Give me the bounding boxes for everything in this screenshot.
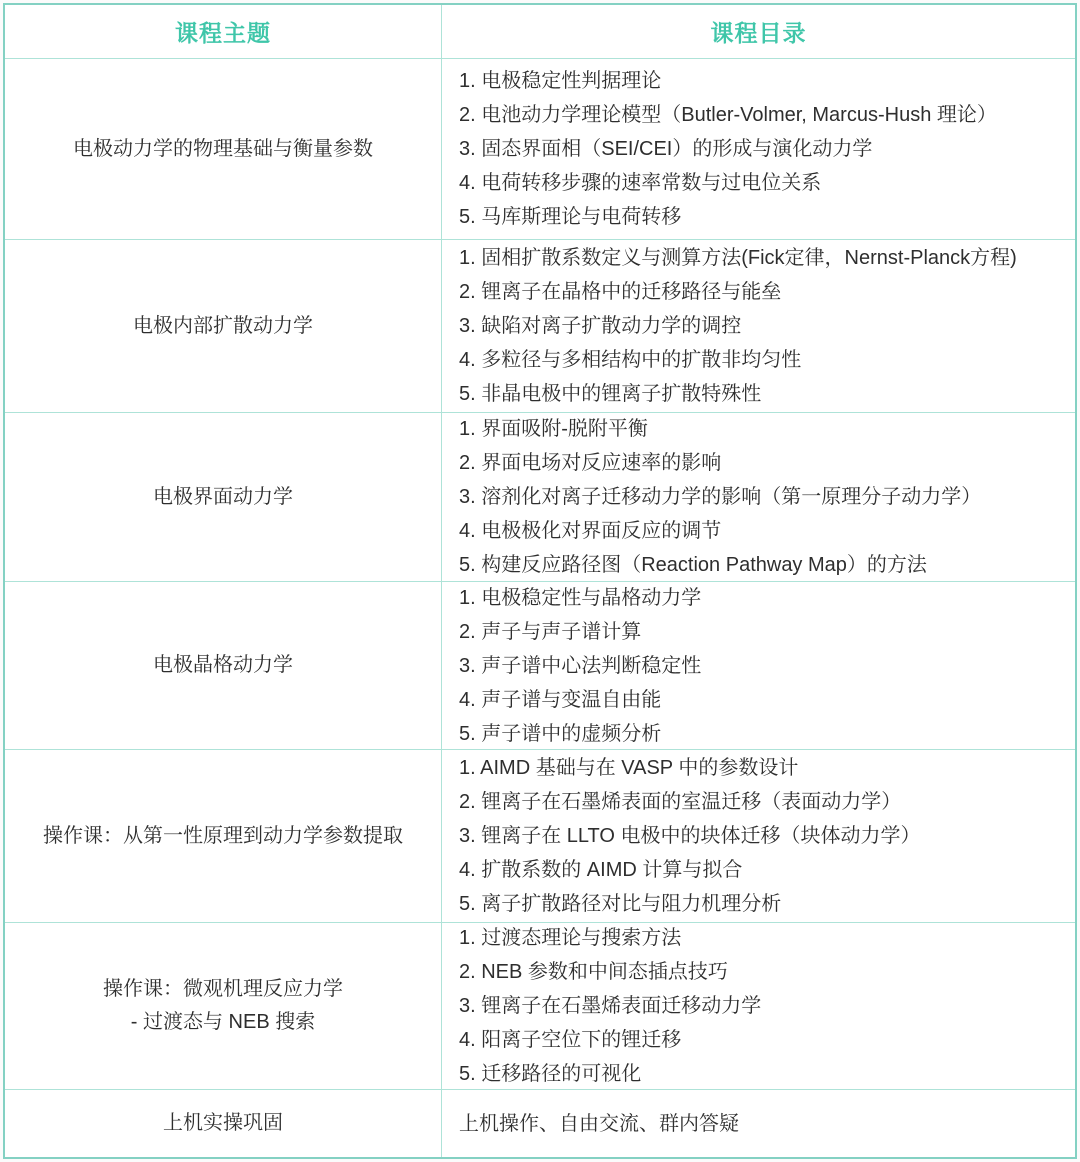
catalog-item: 4. 阳离子空位下的锂迁移 <box>459 1023 1067 1057</box>
topic-cell: 电极内部扩散动力学 <box>5 240 442 412</box>
topic-cell: 电极晶格动力学 <box>5 582 442 749</box>
table-row: 电极晶格动力学 1. 电极稳定性与晶格动力学 2. 声子与声子谱计算 3. 声子… <box>5 581 1075 749</box>
header-topic-label: 课程主题 <box>175 15 271 48</box>
catalog-item: 4. 电极极化对界面反应的调节 <box>459 514 1067 548</box>
catalog-item: 1. 界面吸附-脱附平衡 <box>459 412 1067 446</box>
topic-text: 上机实操巩固 <box>163 1107 283 1140</box>
header-catalog-cell: 课程目录 <box>442 5 1075 58</box>
table-row: 操作课：从第一性原理到动力学参数提取 1. AIMD 基础与在 VASP 中的参… <box>5 749 1075 922</box>
topic-line: 电极动力学的物理基础与衡量参数 <box>73 133 373 166</box>
table-row: 上机实操巩固 上机操作、自由交流、群内答疑 <box>5 1089 1075 1157</box>
page-frame: 课程主题 课程目录 电极动力学的物理基础与衡量参数 1. 电极稳定性判据理论 2… <box>0 0 1080 1162</box>
table-row: 电极动力学的物理基础与衡量参数 1. 电极稳定性判据理论 2. 电池动力学理论模… <box>5 58 1075 239</box>
catalog-item: 5. 构建反应路径图（Reaction Pathway Map）的方法 <box>459 548 1067 582</box>
topic-line: 操作课：从第一性原理到动力学参数提取 <box>43 820 403 853</box>
catalog-item: 2. 锂离子在晶格中的迁移路径与能垒 <box>459 275 1067 309</box>
topic-cell: 电极界面动力学 <box>5 413 442 581</box>
catalog-item: 3. 声子谱中心法判断稳定性 <box>459 649 1067 683</box>
catalog-item: 4. 声子谱与变温自由能 <box>459 683 1067 717</box>
course-table: 课程主题 课程目录 电极动力学的物理基础与衡量参数 1. 电极稳定性判据理论 2… <box>3 3 1077 1159</box>
topic-line: - 过渡态与 NEB 搜索 <box>103 1006 343 1039</box>
topic-cell: 操作课：微观机理反应力学 - 过渡态与 NEB 搜索 <box>5 923 442 1089</box>
catalog-item: 上机操作、自由交流、群内答疑 <box>459 1107 1067 1141</box>
catalog-item: 5. 迁移路径的可视化 <box>459 1057 1067 1091</box>
topic-text: 电极动力学的物理基础与衡量参数 <box>73 133 373 166</box>
topic-text: 操作课：微观机理反应力学 - 过渡态与 NEB 搜索 <box>103 973 343 1039</box>
table-header-row: 课程主题 课程目录 <box>5 5 1075 58</box>
catalog-cell: 1. 电极稳定性判据理论 2. 电池动力学理论模型（Butler-Volmer,… <box>442 59 1075 239</box>
catalog-item: 4. 多粒径与多相结构中的扩散非均匀性 <box>459 343 1067 377</box>
catalog-item: 1. 电极稳定性判据理论 <box>459 64 1067 98</box>
topic-line: 电极晶格动力学 <box>153 649 293 682</box>
topic-line: 上机实操巩固 <box>163 1107 283 1140</box>
table-row: 电极内部扩散动力学 1. 固相扩散系数定义与测算方法(Fick定律，Nernst… <box>5 239 1075 412</box>
catalog-item: 2. 锂离子在石墨烯表面的室温迁移（表面动力学） <box>459 785 1067 819</box>
catalog-item: 3. 锂离子在 LLTO 电极中的块体迁移（块体动力学） <box>459 819 1067 853</box>
topic-line: 操作课：微观机理反应力学 <box>103 973 343 1006</box>
topic-text: 电极内部扩散动力学 <box>133 310 313 343</box>
topic-cell: 上机实操巩固 <box>5 1090 442 1157</box>
topic-cell: 操作课：从第一性原理到动力学参数提取 <box>5 750 442 922</box>
catalog-cell: 1. 固相扩散系数定义与测算方法(Fick定律，Nernst-Planck方程)… <box>442 240 1075 412</box>
table-row: 电极界面动力学 1. 界面吸附-脱附平衡 2. 界面电场对反应速率的影响 3. … <box>5 412 1075 581</box>
catalog-item: 2. NEB 参数和中间态插点技巧 <box>459 955 1067 989</box>
catalog-item: 5. 非晶电极中的锂离子扩散特殊性 <box>459 377 1067 411</box>
catalog-item: 3. 固态界面相（SEI/CEI）的形成与演化动力学 <box>459 132 1067 166</box>
table-row: 操作课：微观机理反应力学 - 过渡态与 NEB 搜索 1. 过渡态理论与搜索方法… <box>5 922 1075 1089</box>
catalog-cell: 1. 电极稳定性与晶格动力学 2. 声子与声子谱计算 3. 声子谱中心法判断稳定… <box>442 582 1075 749</box>
catalog-cell: 1. 过渡态理论与搜索方法 2. NEB 参数和中间态插点技巧 3. 锂离子在石… <box>442 923 1075 1089</box>
catalog-item: 5. 声子谱中的虚频分析 <box>459 717 1067 751</box>
catalog-item: 2. 声子与声子谱计算 <box>459 615 1067 649</box>
catalog-item: 1. AIMD 基础与在 VASP 中的参数设计 <box>459 751 1067 785</box>
topic-cell: 电极动力学的物理基础与衡量参数 <box>5 59 442 239</box>
catalog-item: 3. 锂离子在石墨烯表面迁移动力学 <box>459 989 1067 1023</box>
topic-text: 电极界面动力学 <box>153 481 293 514</box>
catalog-item: 5. 马库斯理论与电荷转移 <box>459 200 1067 234</box>
catalog-item: 4. 电荷转移步骤的速率常数与过电位关系 <box>459 166 1067 200</box>
catalog-item: 1. 过渡态理论与搜索方法 <box>459 921 1067 955</box>
topic-line: 电极界面动力学 <box>153 481 293 514</box>
catalog-item: 5. 离子扩散路径对比与阻力机理分析 <box>459 887 1067 921</box>
catalog-item: 3. 溶剂化对离子迁移动力学的影响（第一原理分子动力学） <box>459 480 1067 514</box>
catalog-item: 1. 电极稳定性与晶格动力学 <box>459 581 1067 615</box>
catalog-cell: 1. 界面吸附-脱附平衡 2. 界面电场对反应速率的影响 3. 溶剂化对离子迁移… <box>442 413 1075 581</box>
header-catalog-label: 课程目录 <box>711 15 807 48</box>
header-topic-cell: 课程主题 <box>5 5 442 58</box>
catalog-item: 2. 界面电场对反应速率的影响 <box>459 446 1067 480</box>
catalog-cell: 上机操作、自由交流、群内答疑 <box>442 1090 1075 1157</box>
topic-line: 电极内部扩散动力学 <box>133 310 313 343</box>
topic-text: 操作课：从第一性原理到动力学参数提取 <box>43 820 403 853</box>
catalog-item: 1. 固相扩散系数定义与测算方法(Fick定律，Nernst-Planck方程) <box>459 241 1067 275</box>
topic-text: 电极晶格动力学 <box>153 649 293 682</box>
catalog-item: 3. 缺陷对离子扩散动力学的调控 <box>459 309 1067 343</box>
catalog-item: 4. 扩散系数的 AIMD 计算与拟合 <box>459 853 1067 887</box>
catalog-item: 2. 电池动力学理论模型（Butler-Volmer, Marcus-Hush … <box>459 98 1067 132</box>
catalog-cell: 1. AIMD 基础与在 VASP 中的参数设计 2. 锂离子在石墨烯表面的室温… <box>442 750 1075 922</box>
